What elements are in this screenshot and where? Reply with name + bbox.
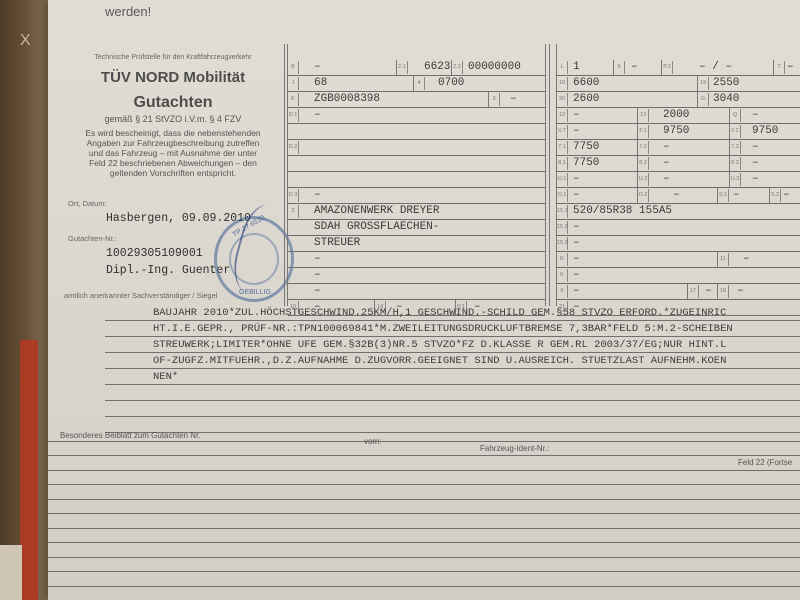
field-row-blank-3: – bbox=[288, 284, 545, 300]
background-red-strip bbox=[20, 340, 38, 600]
field-row-L: L 1 9 – P.2 – / – T – bbox=[557, 60, 800, 76]
remark-line bbox=[105, 385, 800, 401]
field-row-D3: D.3 – bbox=[288, 188, 545, 204]
report-no-value: 10029305109001 bbox=[106, 247, 203, 260]
supplement-section: Besonderes Beiblatt zum Gutachten Nr. vo… bbox=[48, 427, 800, 600]
document-title: Gutachten bbox=[58, 94, 288, 112]
field-row-2-1: 2 AMAZONENWERK DREYER bbox=[288, 204, 545, 220]
supplement-label: Besonderes Beiblatt zum Gutachten Nr. bbox=[60, 431, 201, 440]
certification-text: Es wird bescheinigt, dass die nebenstehe… bbox=[58, 128, 288, 178]
field-row-15-2: 15.2 – bbox=[557, 220, 800, 236]
remark-line: OF-ZUGFZ.MITFUEHR.,D.Z.AUFNAHME D.ZUGVOR… bbox=[105, 353, 800, 369]
remarks-field-22: BAUJAHR 2010*ZUL.HÖCHSTGESCHWIND.25KM/H,… bbox=[105, 305, 800, 433]
document-page: werden! Technische Prüfstelle für den Kr… bbox=[48, 0, 800, 600]
field-row-20: 20 2600 G 3040 bbox=[557, 92, 800, 108]
field-2-2: 00000000 bbox=[468, 61, 521, 73]
field-row-D2-2: D.2 bbox=[288, 140, 545, 156]
field-row-12: 12 – 13 2000 Q – bbox=[557, 108, 800, 124]
field-row-O1: O.1 – O.2 – S.1 – S.2 – bbox=[557, 188, 800, 204]
field-row-D1: D.1 – bbox=[288, 108, 545, 124]
place-date-label: Ort, Datum: bbox=[68, 199, 107, 208]
field-row-D2-1 bbox=[288, 124, 545, 140]
field-row-K: K – bbox=[557, 268, 800, 284]
field-22-continuation-label: Feld 22 (Fortse bbox=[738, 458, 792, 467]
field-row-2-3: STREUER bbox=[288, 236, 545, 252]
field-4: 0700 bbox=[438, 77, 464, 89]
field-row-J: J 68 4 0700 bbox=[288, 76, 545, 92]
issuer-block: Technische Prüfstelle für den Kraftfahrz… bbox=[58, 54, 288, 178]
field-row-7-1: 7.1 7750 7.2 – 7.3 – bbox=[557, 140, 800, 156]
field-row-D2-3 bbox=[288, 156, 545, 172]
field-row-8-1: 8.1 7750 8.2 – 8.3 – bbox=[557, 156, 800, 172]
examiner-name: Dipl.-Ing. Guenter bbox=[106, 264, 230, 277]
top-text: werden! bbox=[105, 4, 151, 19]
remark-line: BAUJAHR 2010*ZUL.HÖCHSTGESCHWIND.25KM/H,… bbox=[105, 305, 800, 321]
field-row-15-1: 15.1 520/85R38 155A5 bbox=[557, 204, 800, 220]
remark-line bbox=[105, 401, 800, 417]
examiner-label: amtlich anerkannter Sachverständiger / S… bbox=[64, 291, 217, 300]
legal-basis: gemäß § 21 StVZO i.V.m. § 4 FZV bbox=[58, 114, 288, 124]
field-row-blank-1: – bbox=[288, 252, 545, 268]
place-date-value: Hasbergen, 09.09.2010 bbox=[106, 212, 251, 225]
background-light-block bbox=[0, 545, 22, 600]
background-mark: X bbox=[20, 32, 31, 50]
field-row-V7: V.7 – F.1 9750 F.2 9750 bbox=[557, 124, 800, 140]
field-row-D2-4 bbox=[288, 172, 545, 188]
remark-line: NEN* bbox=[105, 369, 800, 385]
field-row-U1: U.1 – U.2 – U.3 – bbox=[557, 172, 800, 188]
background-left: X bbox=[0, 0, 48, 600]
issuer-brand: TÜV NORD Mobilität bbox=[58, 69, 288, 86]
field-3: – bbox=[510, 93, 517, 105]
field-row-E: E ZGB0008398 3 – bbox=[288, 92, 545, 108]
vin-label: Fahrzeug-Ident-Nr.: bbox=[480, 444, 549, 453]
field-row-6: 6 – 17 – 16 – bbox=[557, 284, 800, 300]
issuer-department: Technische Prüfstelle für den Kraftfahrz… bbox=[58, 54, 288, 61]
remark-line: HT.I.E.GEPR., PRÜF-NR.:TPN100069841*M.ZW… bbox=[105, 321, 800, 337]
field-row-2-2: SDAH GROSSFLAECHEN- bbox=[288, 220, 545, 236]
field-row-15-3: 15.3 – bbox=[557, 236, 800, 252]
field-row-B: B – 2.1 6623 2.2 00000000 bbox=[288, 60, 545, 76]
remark-line: STREUWERK;LIMITER*OHNE UFE GEM.§32B(3)NR… bbox=[105, 337, 800, 353]
field-row-18: 18 6600 19 2550 bbox=[557, 76, 800, 92]
field-row-R: R – 11 – bbox=[557, 252, 800, 268]
field-row-blank-2: – bbox=[288, 268, 545, 284]
report-no-label: Gutachten-Nr.: bbox=[68, 234, 117, 243]
